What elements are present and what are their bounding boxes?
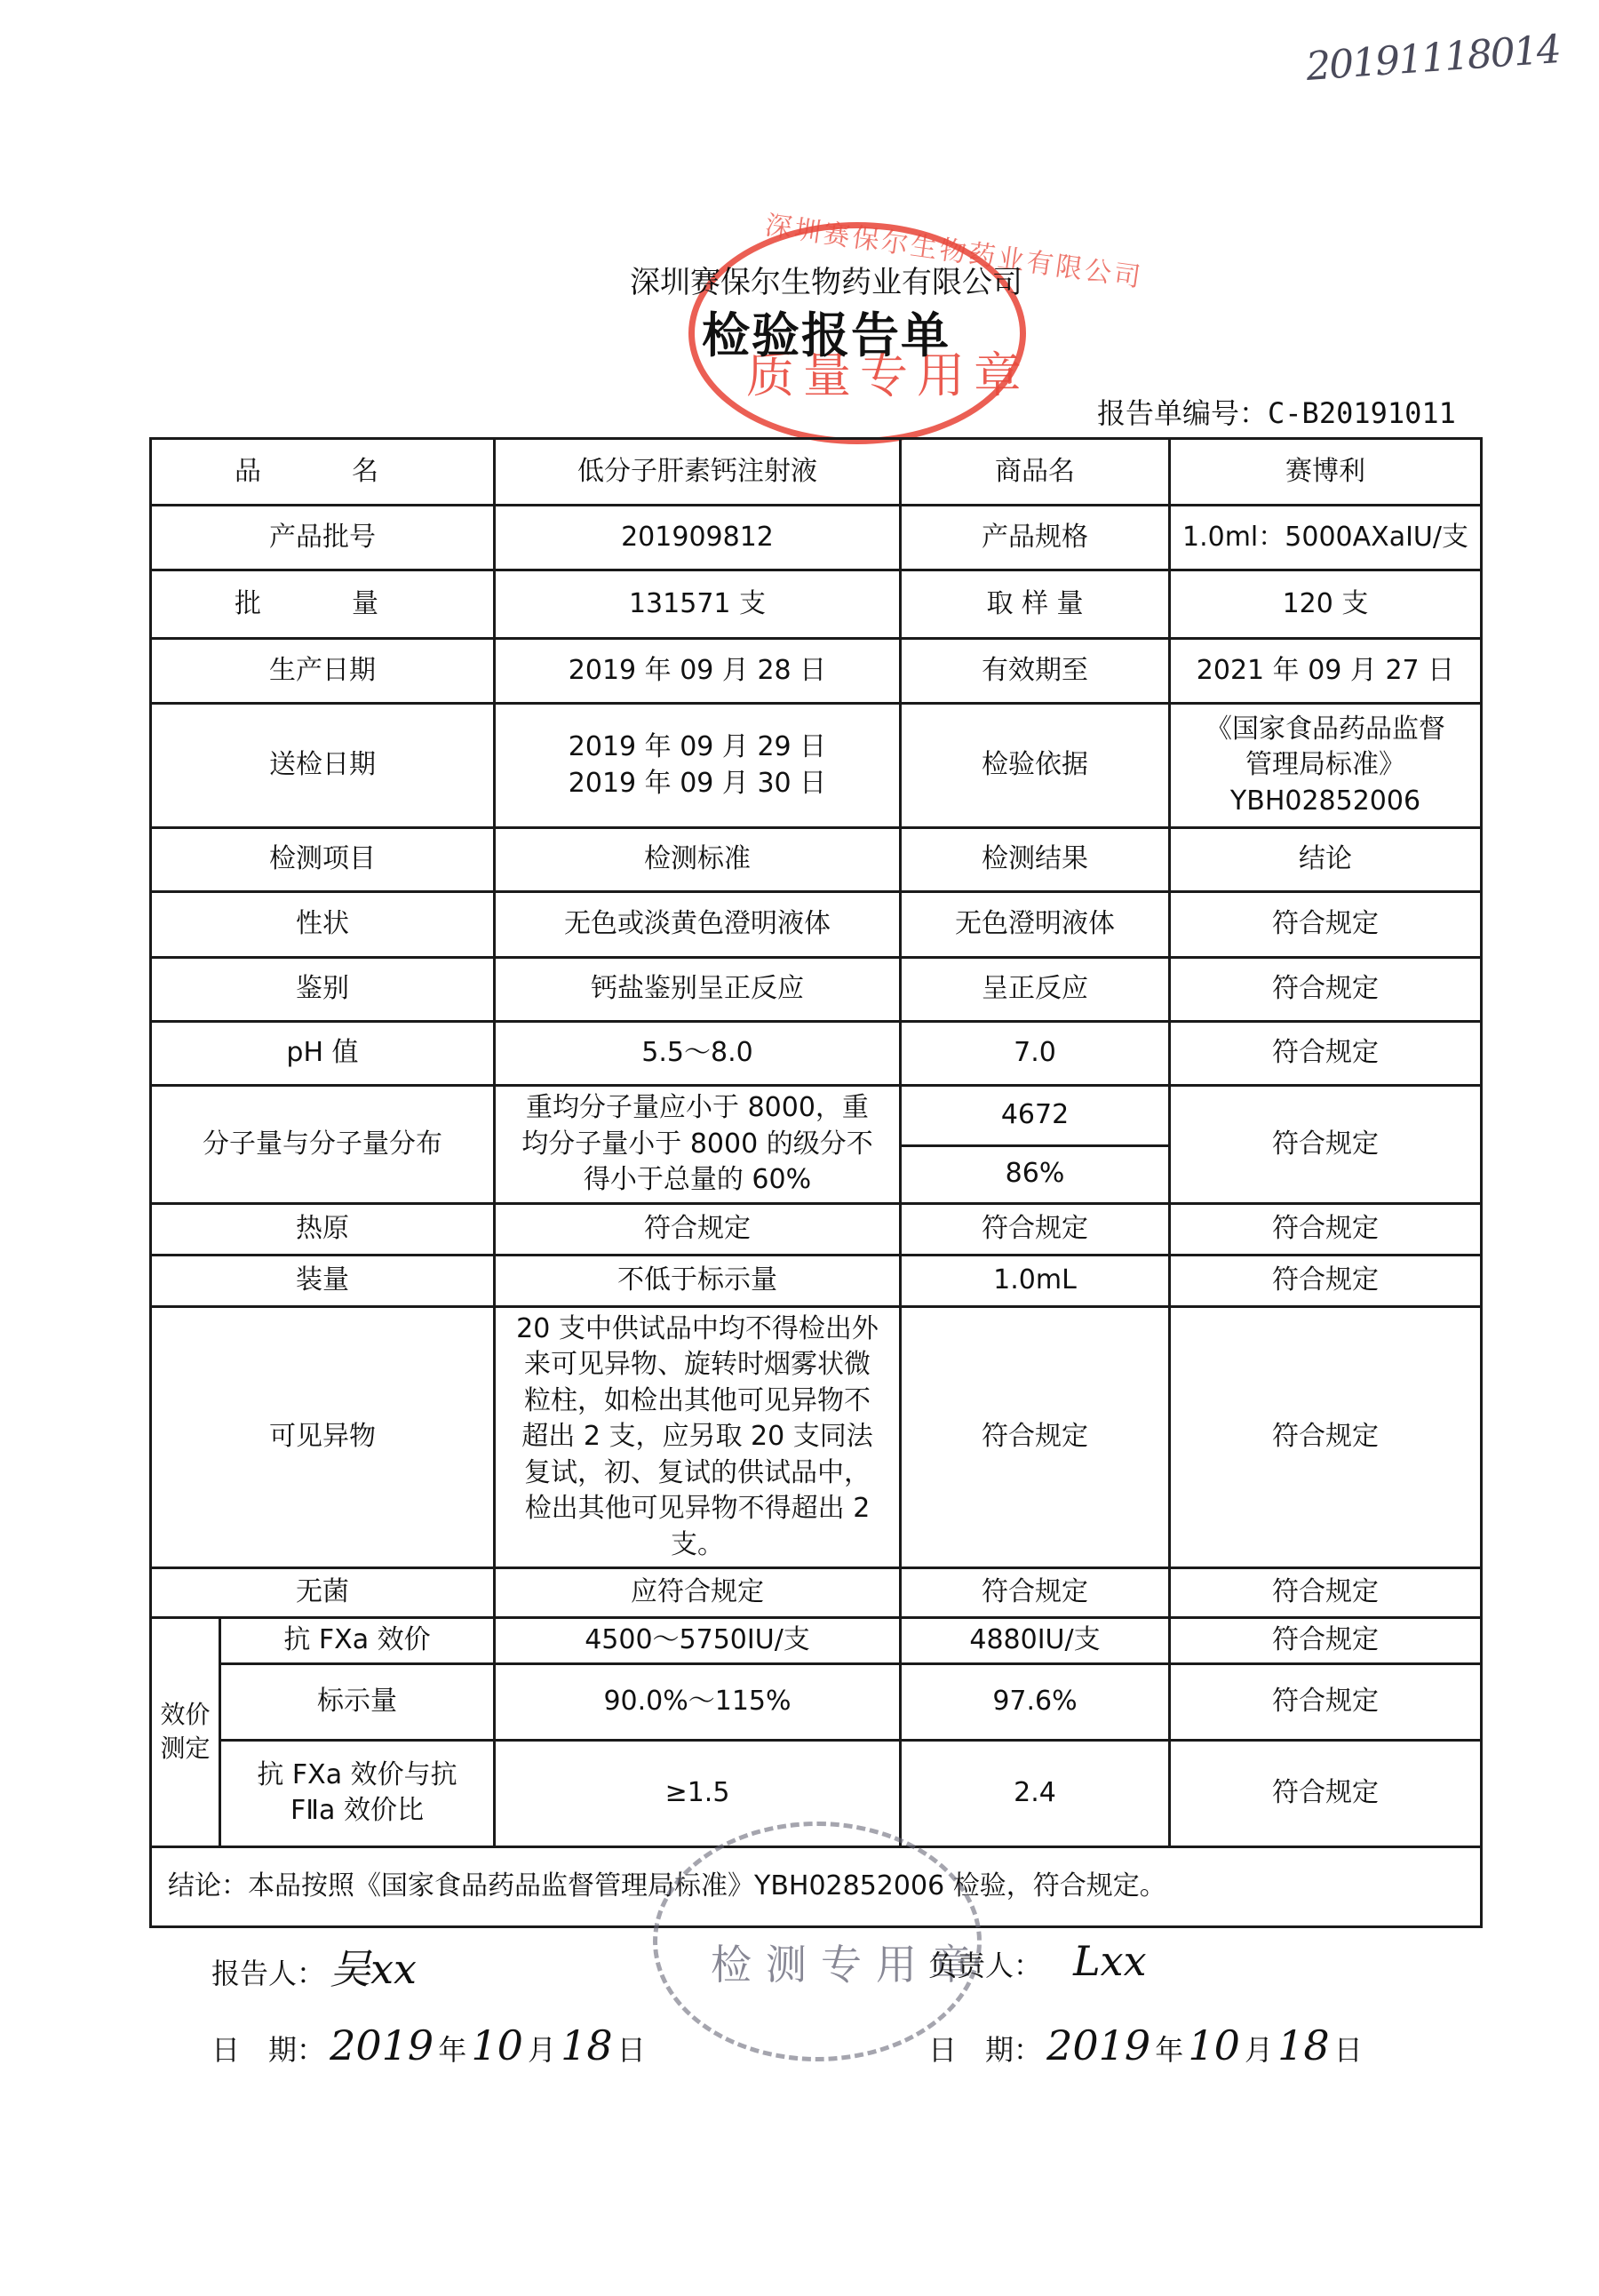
reporter-date-month: 10 <box>471 2021 523 2069</box>
reporter-date-block: 日 期： 2019 年 10 月 18 日 <box>211 2021 646 2069</box>
test-row-visible-particles: 可见异物 20 支中供试品中均不得检出外来可见异物、旋转时烟雾状微粒柱，如检出其… <box>151 1306 1482 1568</box>
test-conclusion: 符合规定 <box>1170 1203 1482 1255</box>
test-conclusion: 符合规定 <box>1170 1306 1482 1568</box>
reporter-signature-block: 报告人： 吴xx <box>211 1937 417 1996</box>
basis-line-2: 管理局标准》 <box>1180 747 1471 784</box>
test-row-sterility: 无菌 应符合规定 符合规定 符合规定 <box>151 1568 1482 1618</box>
test-item: 性状 <box>151 892 495 958</box>
inspection-table: 品 名 低分子肝素钙注射液 商品名 赛博利 产品批号 201909812 产品规… <box>149 437 1483 1928</box>
header-item: 检测项目 <box>151 828 495 892</box>
report-number-label: 报告单编号： <box>1097 396 1268 430</box>
header-conclusion: 结论 <box>1170 828 1482 892</box>
value-spec: 1.0ml：5000AXaIU/支 <box>1170 506 1482 570</box>
reporter-signature: 吴xx <box>330 1945 417 1993</box>
potency-result: 2.4 <box>901 1740 1170 1846</box>
test-result: 符合规定 <box>901 1306 1170 1568</box>
potency-row-fxa: 效价测定 抗 FXa 效价 4500～5750IU/支 4880IU/支 符合规… <box>151 1618 1482 1664</box>
report-number-value: C-B20191011 <box>1268 396 1456 430</box>
manager-date-label: 日 期： <box>928 2033 1042 2067</box>
row-submit-date: 送检日期 2019 年 09 月 29 日 2019 年 09 月 30 日 检… <box>151 704 1482 828</box>
value-batch-size: 131571 支 <box>495 570 901 639</box>
manager-signature-block: 负责人： Lxx <box>928 1937 1147 1985</box>
test-conclusion: 符合规定 <box>1170 1022 1482 1086</box>
row-product-name: 品 名 低分子肝素钙注射液 商品名 赛博利 <box>151 439 1482 506</box>
month-char: 月 <box>528 2033 556 2067</box>
test-standard: 5.5～8.0 <box>495 1022 901 1086</box>
label-mfg-date: 生产日期 <box>151 639 495 704</box>
manager-date-day: 18 <box>1277 2021 1330 2069</box>
company-name: 深圳赛保尔生物药业有限公司 <box>0 258 1599 301</box>
potency-conclusion: 符合规定 <box>1170 1740 1482 1846</box>
manager-date-block: 日 期： 2019 年 10 月 18 日 <box>928 2021 1363 2069</box>
test-item: pH 值 <box>151 1022 495 1086</box>
test-conclusion: 符合规定 <box>1170 892 1482 958</box>
row-batch-size: 批 量 131571 支 取 样 量 120 支 <box>151 570 1482 639</box>
manager-signature: Lxx <box>1073 1937 1146 1985</box>
test-result: 符合规定 <box>901 1568 1170 1618</box>
test-row-identification: 鉴别 钙盐鉴别呈正反应 呈正反应 符合规定 <box>151 958 1482 1022</box>
potency-conclusion: 符合规定 <box>1170 1663 1482 1740</box>
value-product-name: 低分子肝素钙注射液 <box>495 439 901 506</box>
label-basis: 检验依据 <box>901 704 1170 828</box>
reporter-label: 报告人： <box>211 1957 325 1990</box>
test-standard: 钙盐鉴别呈正反应 <box>495 958 901 1022</box>
test-row-fill-volume: 装量 不低于标示量 1.0mL 符合规定 <box>151 1255 1482 1306</box>
label-trade-name: 商品名 <box>901 439 1170 506</box>
test-result-fraction: 86% <box>901 1145 1170 1203</box>
label-batch-no: 产品批号 <box>151 506 495 570</box>
test-item: 无菌 <box>151 1568 495 1618</box>
basis-line-1: 《国家食品药品监督 <box>1180 712 1471 748</box>
header-result: 检测结果 <box>901 828 1170 892</box>
year-char: 年 <box>438 2033 466 2067</box>
manager-label: 负责人： <box>928 1949 1042 1982</box>
day-char: 日 <box>1334 2033 1363 2067</box>
submit-date-1: 2019 年 09 月 29 日 <box>505 729 890 766</box>
test-item: 装量 <box>151 1255 495 1306</box>
handwritten-code: 20191118014 <box>1305 27 1562 90</box>
test-row-pyrogen: 热原 符合规定 符合规定 符合规定 <box>151 1203 1482 1255</box>
month-char: 月 <box>1245 2033 1273 2067</box>
label-submit-date: 送检日期 <box>151 704 495 828</box>
row-mfg-date: 生产日期 2019 年 09 月 28 日 有效期至 2021 年 09 月 2… <box>151 639 1482 704</box>
test-row-appearance: 性状 无色或淡黄色澄明液体 无色澄明液体 符合规定 <box>151 892 1482 958</box>
test-standard: 符合规定 <box>495 1203 901 1255</box>
test-result: 1.0mL <box>901 1255 1170 1306</box>
potency-item: 抗 FXa 效价与抗 FⅡa 效价比 <box>220 1740 495 1846</box>
report-number: 报告单编号：C-B20191011 <box>1097 391 1456 432</box>
test-item: 鉴别 <box>151 958 495 1022</box>
test-row-ph: pH 值 5.5～8.0 7.0 符合规定 <box>151 1022 1482 1086</box>
test-conclusion: 符合规定 <box>1170 1086 1482 1204</box>
submit-date-2: 2019 年 09 月 30 日 <box>505 766 890 802</box>
test-result: 无色澄明液体 <box>901 892 1170 958</box>
value-sample-qty: 120 支 <box>1170 570 1482 639</box>
potency-conclusion: 符合规定 <box>1170 1618 1482 1664</box>
reporter-date-year: 2019 <box>330 2021 434 2069</box>
value-trade-name: 赛博利 <box>1170 439 1482 506</box>
potency-standard: 90.0%～115% <box>495 1663 901 1740</box>
day-char: 日 <box>617 2033 646 2067</box>
test-conclusion: 符合规定 <box>1170 1255 1482 1306</box>
reporter-date-day: 18 <box>561 2021 613 2069</box>
year-char: 年 <box>1155 2033 1183 2067</box>
potency-item: 抗 FXa 效价 <box>220 1618 495 1664</box>
label-expiry: 有效期至 <box>901 639 1170 704</box>
label-batch-size: 批 量 <box>151 570 495 639</box>
value-expiry: 2021 年 09 月 27 日 <box>1170 639 1482 704</box>
tests-header-row: 检测项目 检测标准 检测结果 结论 <box>151 828 1482 892</box>
label-sample-qty: 取 样 量 <box>901 570 1170 639</box>
label-spec: 产品规格 <box>901 506 1170 570</box>
document-title: 检验报告单 <box>0 298 1599 366</box>
test-standard: 不低于标示量 <box>495 1255 901 1306</box>
test-standard: 重均分子量应小于 8000，重均分子量小于 8000 的级分不得小于总量的 60… <box>495 1086 901 1204</box>
test-result: 7.0 <box>901 1022 1170 1086</box>
potency-row-label-claim: 标示量 90.0%～115% 97.6% 符合规定 <box>151 1663 1482 1740</box>
potency-item: 标示量 <box>220 1663 495 1740</box>
manager-date-month: 10 <box>1188 2021 1240 2069</box>
manager-date-year: 2019 <box>1046 2021 1150 2069</box>
potency-standard: 4500～5750IU/支 <box>495 1618 901 1664</box>
label-product-name: 品 名 <box>151 439 495 506</box>
test-standard: 应符合规定 <box>495 1568 901 1618</box>
test-result-mw: 4672 <box>901 1086 1170 1146</box>
test-standard: 20 支中供试品中均不得检出外来可见异物、旋转时烟雾状微粒柱，如检出其他可见异物… <box>495 1306 901 1568</box>
value-batch-no: 201909812 <box>495 506 901 570</box>
test-result: 呈正反应 <box>901 958 1170 1022</box>
row-batch-no: 产品批号 201909812 产品规格 1.0ml：5000AXaIU/支 <box>151 506 1482 570</box>
basis-line-3: YBH02852006 <box>1180 784 1471 820</box>
test-result: 符合规定 <box>901 1203 1170 1255</box>
potency-result: 97.6% <box>901 1663 1170 1740</box>
test-conclusion: 符合规定 <box>1170 1568 1482 1618</box>
header-standard: 检测标准 <box>495 828 901 892</box>
test-item: 分子量与分子量分布 <box>151 1086 495 1204</box>
potency-result: 4880IU/支 <box>901 1618 1170 1664</box>
test-standard: 无色或淡黄色澄明液体 <box>495 892 901 958</box>
reporter-date-label: 日 期： <box>211 2033 325 2067</box>
test-conclusion: 符合规定 <box>1170 958 1482 1022</box>
value-basis: 《国家食品药品监督 管理局标准》 YBH02852006 <box>1170 704 1482 828</box>
value-mfg-date: 2019 年 09 月 28 日 <box>495 639 901 704</box>
test-row-molecular-weight: 分子量与分子量分布 重均分子量应小于 8000，重均分子量小于 8000 的级分… <box>151 1086 1482 1146</box>
test-item: 热原 <box>151 1203 495 1255</box>
potency-group-label: 效价测定 <box>151 1618 220 1847</box>
test-item: 可见异物 <box>151 1306 495 1568</box>
value-submit-date: 2019 年 09 月 29 日 2019 年 09 月 30 日 <box>495 704 901 828</box>
